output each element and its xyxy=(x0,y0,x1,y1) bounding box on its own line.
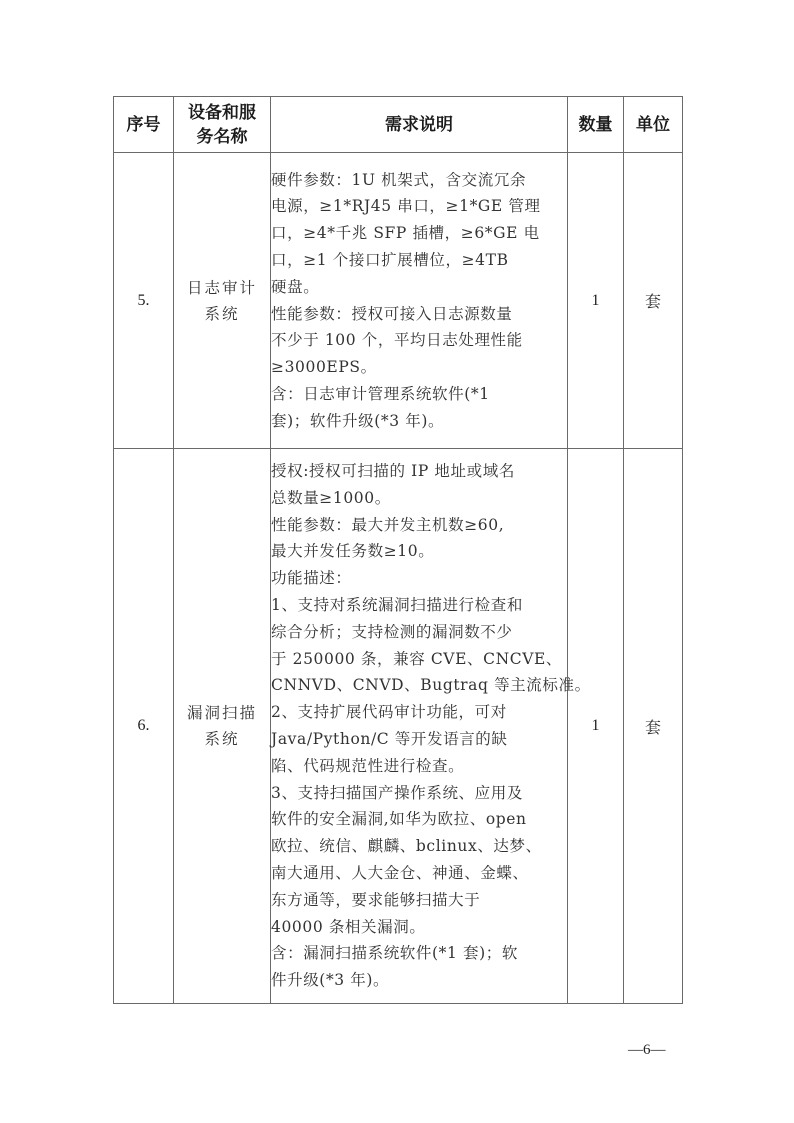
desc-line: 口，≥4*千兆 SFP 插槽，≥6*GE 电 xyxy=(271,220,567,247)
desc-line: 含：日志审计管理系统软件(*1 xyxy=(271,381,567,408)
row-unit: 套 xyxy=(624,449,683,1004)
desc-line: 2、支持扩展代码审计功能，可对 xyxy=(271,699,567,726)
desc-line: 件升级(*3 年)。 xyxy=(271,967,567,994)
desc-line: 不少于 100 个，平均日志处理性能 xyxy=(271,327,567,354)
desc-line: 欧拉、统信、麒麟、bclinux、达梦、 xyxy=(271,833,567,860)
row-item-name-line2: 系统 xyxy=(174,301,270,327)
header-unit: 单位 xyxy=(624,97,683,153)
header-description: 需求说明 xyxy=(271,97,568,153)
desc-line: 1、支持对系统漏洞扫描进行检查和 xyxy=(271,592,567,619)
table-row: 6. 漏洞扫描 系统 授权:授权可扫描的 IP 地址或域名 总数量≥1000。 … xyxy=(114,449,683,1004)
desc-line: 授权:授权可扫描的 IP 地址或域名 xyxy=(271,458,567,485)
header-serial-number: 序号 xyxy=(114,97,174,153)
row-quantity: 1 xyxy=(568,153,624,449)
row-item-name-line1: 日志审计 xyxy=(174,275,270,301)
desc-line: ≥3000EPS。 xyxy=(271,354,567,381)
desc-line: 硬盘。 xyxy=(271,274,567,301)
table-row: 5. 日志审计 系统 硬件参数：1U 机架式，含交流冗余 电源，≥1*RJ45 … xyxy=(114,153,683,449)
desc-line: 功能描述： xyxy=(271,565,567,592)
desc-line: 最大并发任务数≥10。 xyxy=(271,538,567,565)
desc-line: 总数量≥1000。 xyxy=(271,485,567,512)
header-item-name-line1: 设备和服 xyxy=(174,101,270,125)
desc-line: 综合分析；支持检测的漏洞数不少 xyxy=(271,619,567,646)
row-item-name-line1: 漏洞扫描 xyxy=(174,700,270,726)
row-description: 硬件参数：1U 机架式，含交流冗余 电源，≥1*RJ45 串口，≥1*GE 管理… xyxy=(271,153,568,449)
desc-line: 性能参数：最大并发主机数≥60, xyxy=(271,512,567,539)
desc-line: CNNVD、CNVD、Bugtraq 等主流标准。 xyxy=(271,672,567,699)
header-serial-label: 序号 xyxy=(127,115,161,135)
desc-line: 于 250000 条，兼容 CVE、CNCVE、 xyxy=(271,646,567,673)
desc-line: 硬件参数：1U 机架式，含交流冗余 xyxy=(271,167,567,194)
desc-line: 3、支持扫描国产操作系统、应用及 xyxy=(271,780,567,807)
desc-line: 南大通用、人大金仓、神通、金蝶、 xyxy=(271,860,567,887)
header-description-label: 需求说明 xyxy=(385,115,453,135)
row-item-name: 漏洞扫描 系统 xyxy=(174,449,271,1004)
desc-line: 口，≥1 个接口扩展槽位，≥4TB xyxy=(271,247,567,274)
row-serial-number: 5. xyxy=(114,153,174,449)
desc-line: 性能参数：授权可接入日志源数量 xyxy=(271,301,567,328)
desc-line: 电源，≥1*RJ45 串口，≥1*GE 管理 xyxy=(271,193,567,220)
header-item-name: 设备和服 务名称 xyxy=(174,97,271,153)
row-serial-number: 6. xyxy=(114,449,174,1004)
requirements-table: 序号 设备和服 务名称 需求说明 数量 单位 5. 日志审计 系统 硬件参数：1… xyxy=(113,96,683,1004)
header-item-name-line2: 务名称 xyxy=(174,125,270,149)
desc-line: 套)；软件升级(*3 年)。 xyxy=(271,408,567,435)
desc-line: Java/Python/C 等开发语言的缺 xyxy=(271,726,567,753)
header-unit-label: 单位 xyxy=(636,115,670,135)
desc-line: 40000 条相关漏洞。 xyxy=(271,914,567,941)
row-unit: 套 xyxy=(624,153,683,449)
row-item-name: 日志审计 系统 xyxy=(174,153,271,449)
table-header-row: 序号 设备和服 务名称 需求说明 数量 单位 xyxy=(114,97,683,153)
desc-line: 软件的安全漏洞,如华为欧拉、open xyxy=(271,806,567,833)
desc-line: 陷、代码规范性进行检查。 xyxy=(271,753,567,780)
desc-line: 含：漏洞扫描系统软件(*1 套)；软 xyxy=(271,940,567,967)
header-quantity-label: 数量 xyxy=(579,115,613,135)
header-quantity: 数量 xyxy=(568,97,624,153)
row-quantity: 1 xyxy=(568,449,624,1004)
desc-line: 东方通等，要求能够扫描大于 xyxy=(271,887,567,914)
row-description: 授权:授权可扫描的 IP 地址或域名 总数量≥1000。 性能参数：最大并发主机… xyxy=(271,449,568,1004)
page-number: —6— xyxy=(628,1042,666,1059)
row-item-name-line2: 系统 xyxy=(174,726,270,752)
